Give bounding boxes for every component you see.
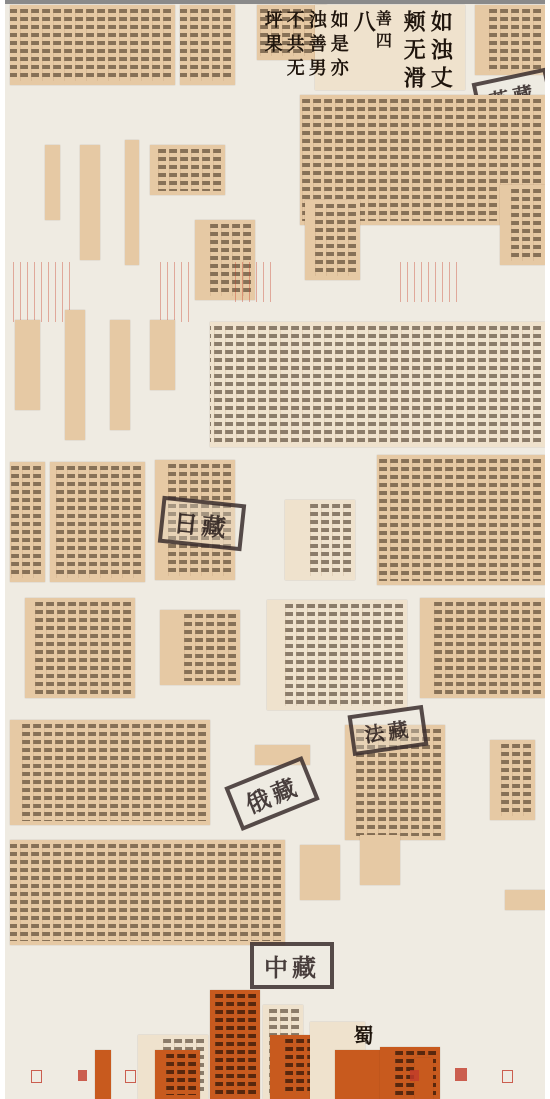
dark-manuscript-fragment <box>210 990 260 1099</box>
manuscript-fragment <box>25 598 135 698</box>
large-script-col-8: 坪果 <box>261 10 282 58</box>
manuscript-fragment <box>65 310 85 440</box>
seal-icon <box>125 1070 136 1083</box>
manuscript-fragment <box>300 845 340 900</box>
red-annotation <box>235 262 275 302</box>
seal-icon <box>31 1070 42 1083</box>
large-script-col-5: 如是亦 <box>327 10 348 82</box>
manuscript-fragment <box>160 610 240 685</box>
manuscript-fragment <box>305 200 360 280</box>
manuscript-fragment <box>150 320 175 390</box>
manuscript-fragment <box>50 462 145 582</box>
manuscript-fragment <box>420 598 545 698</box>
large-script-col-4: 八 <box>350 10 375 38</box>
manuscript-fragment <box>180 5 235 85</box>
dark-manuscript-fragment <box>155 1050 200 1099</box>
red-annotation <box>160 262 190 322</box>
bottom-large-character: 蜀 <box>350 1025 373 1051</box>
manuscript-fragment <box>150 145 225 195</box>
manuscript-fragment <box>267 600 407 710</box>
large-script-col-1: 如浊丈 <box>427 10 452 94</box>
manuscript-fragment <box>500 185 545 265</box>
manuscript-fragment <box>360 835 400 885</box>
frame-edge <box>5 0 545 4</box>
manuscript-fragment <box>125 140 139 265</box>
manuscript-fragment <box>285 500 355 580</box>
manuscript-fragment <box>45 145 60 220</box>
manuscript-fragment <box>110 320 130 430</box>
seal-icon <box>455 1068 467 1081</box>
large-script-col-7: 不共无 <box>283 10 304 82</box>
dark-manuscript-fragment <box>95 1050 111 1099</box>
manuscript-fragment <box>475 5 545 75</box>
large-script-col-2: 颊无滑 <box>400 10 425 94</box>
seal-icon <box>502 1070 513 1083</box>
manuscript-fragment <box>505 890 545 910</box>
manuscript-fragment <box>15 320 40 410</box>
seal-icon <box>78 1070 87 1081</box>
manuscript-fragment <box>10 720 210 825</box>
manuscript-fragment <box>210 322 545 447</box>
large-script-col-6: 浊善男 <box>305 10 326 82</box>
red-annotation <box>400 262 460 302</box>
stamp-russia-collection: 俄藏 <box>224 756 319 831</box>
dark-manuscript-fragment <box>335 1050 380 1099</box>
stamp-china-collection: 中藏 <box>250 942 334 989</box>
stamp-japan-collection: 日藏 <box>158 496 246 552</box>
artwork-canvas: 如浊丈 颊无滑 善四 八 如是亦 浊善男 不共无 坪果 英藏 日藏 法藏 俄藏 <box>5 0 545 1099</box>
manuscript-fragment <box>10 462 45 582</box>
manuscript-fragment <box>10 5 175 85</box>
manuscript-fragment <box>10 840 285 945</box>
seal-icon <box>410 1070 419 1081</box>
manuscript-fragment <box>377 455 545 585</box>
red-annotation <box>13 262 73 322</box>
manuscript-fragment <box>490 740 535 820</box>
manuscript-fragment <box>80 145 100 260</box>
